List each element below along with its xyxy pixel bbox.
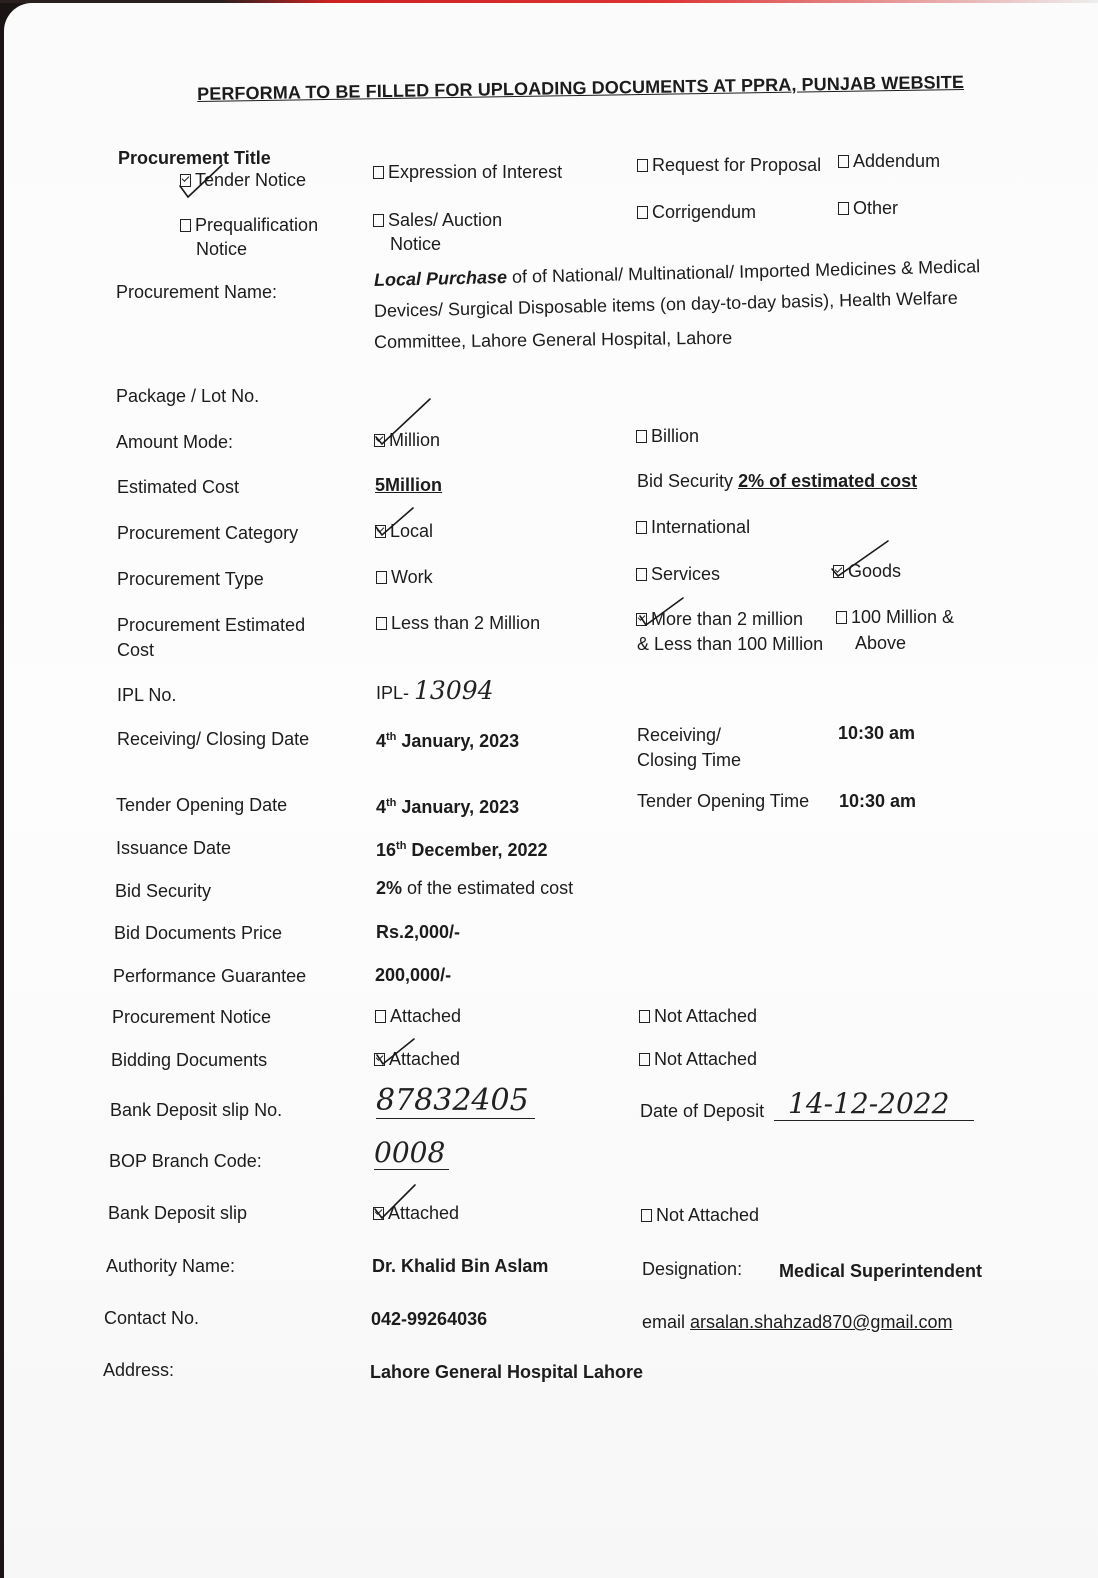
checkbox-checked-icon[interactable] [636, 613, 647, 626]
tender-opening-time-label: Tender Opening Time [637, 790, 809, 812]
option-2-to-100-million-line2: & Less than 100 Million [637, 633, 823, 655]
issuance-date-label: Issuance Date [116, 837, 231, 859]
bid-security-value: 2% of the estimated cost [376, 877, 573, 899]
amount-mode-label: Amount Mode: [116, 431, 233, 453]
receiving-closing-date-label: Receiving/ Closing Date [117, 728, 309, 750]
bop-branch-code-value[interactable]: 0008 [374, 1137, 449, 1170]
checkbox-icon[interactable] [373, 166, 384, 179]
date-of-deposit-label: Date of Deposit [640, 1100, 764, 1122]
procurement-name-emphasis: Local Purchase [374, 267, 507, 290]
procurement-name-line1: Local Purchase of of National/ Multinati… [374, 255, 981, 291]
bid-security-inline-value: 2% of estimated cost [738, 471, 917, 491]
checkbox-icon[interactable] [641, 1209, 652, 1222]
option-request-for-proposal[interactable]: Request for Proposal [637, 154, 821, 176]
option-prequalification-notice-line2: Notice [196, 238, 247, 260]
checkbox-checked-icon[interactable] [373, 1207, 384, 1220]
bid-documents-price-value: Rs.2,000/- [376, 921, 460, 943]
bank-deposit-slip-attached[interactable]: Attached [373, 1202, 459, 1224]
bidding-documents-attached[interactable]: Attached [374, 1048, 460, 1070]
receiving-closing-time-label-line2: Closing Time [637, 749, 741, 771]
ipl-no-value: 13094 [414, 676, 494, 705]
bank-deposit-slip-no-value[interactable]: 87832405 [376, 1084, 535, 1119]
designation-value: Medical Superintendent [779, 1260, 982, 1282]
bid-security-label: Bid Security [115, 880, 211, 902]
checkbox-checked-icon[interactable] [374, 1053, 385, 1066]
handwritten-checkmarks [4, 3, 1098, 1578]
ipl-no-label: IPL No. [117, 684, 176, 706]
receiving-closing-time-label: Receiving/ [637, 724, 721, 746]
procurement-notice-not-attached[interactable]: Not Attached [639, 1005, 757, 1027]
option-expression-of-interest[interactable]: Expression of Interest [373, 161, 562, 183]
option-addendum[interactable]: Addendum [838, 150, 940, 172]
performance-guarantee-value: 200,000/- [375, 964, 451, 986]
contact-no-label: Contact No. [104, 1307, 199, 1329]
designation-label: Designation: [642, 1258, 742, 1280]
option-million[interactable]: Million [374, 429, 440, 451]
bank-deposit-slip-not-attached[interactable]: Not Attached [641, 1204, 759, 1226]
procurement-notice-label: Procurement Notice [112, 1006, 271, 1028]
package-lot-label: Package / Lot No. [116, 385, 259, 407]
checkbox-icon[interactable] [639, 1010, 650, 1023]
option-sales-auction-notice-line2: Notice [390, 233, 441, 255]
checkbox-icon[interactable] [636, 430, 647, 443]
option-services[interactable]: Services [636, 563, 720, 585]
checkbox-icon[interactable] [838, 155, 849, 168]
checkbox-icon[interactable] [637, 206, 648, 219]
option-billion[interactable]: Billion [636, 425, 699, 447]
bidding-documents-label: Bidding Documents [111, 1049, 267, 1071]
checkbox-icon[interactable] [838, 202, 849, 215]
option-goods[interactable]: Goods [833, 560, 901, 582]
contact-no-value: 042-99264036 [371, 1308, 487, 1330]
checkbox-icon[interactable] [375, 1010, 386, 1023]
address-value: Lahore General Hospital Lahore [370, 1361, 643, 1383]
checkbox-checked-icon[interactable] [374, 434, 385, 447]
procurement-title-label: Procurement Title [118, 147, 271, 169]
option-other[interactable]: Other [838, 197, 898, 219]
option-tender-notice[interactable]: Tender Notice [180, 169, 306, 191]
email-link[interactable]: arsalan.shahzad870@gmail.com [690, 1312, 952, 1332]
document-page: PERFORMA TO BE FILLED FOR UPLOADING DOCU… [4, 3, 1098, 1578]
checkbox-icon[interactable] [376, 571, 387, 584]
receiving-closing-date-value: 4th January, 2023 [376, 726, 519, 752]
checkbox-icon[interactable] [636, 568, 647, 581]
option-corrigendum[interactable]: Corrigendum [637, 201, 756, 223]
option-work[interactable]: Work [376, 566, 433, 588]
checkbox-icon[interactable] [639, 1053, 650, 1066]
issuance-date-value: 16th December, 2022 [376, 835, 548, 861]
authority-name-value: Dr. Khalid Bin Aslam [372, 1255, 548, 1277]
tender-opening-date-label: Tender Opening Date [116, 794, 287, 816]
bop-branch-code-label: BOP Branch Code: [109, 1150, 262, 1172]
email-field: email arsalan.shahzad870@gmail.com [642, 1311, 952, 1333]
procurement-name-line3: Committee, Lahore General Hospital, Laho… [374, 327, 732, 353]
option-prequalification-notice[interactable]: Prequalification [180, 214, 318, 236]
option-100-million-above-line2: Above [855, 632, 906, 654]
option-sales-auction-notice[interactable]: Sales/ Auction [373, 209, 502, 231]
page-title: PERFORMA TO BE FILLED FOR UPLOADING DOCU… [197, 72, 964, 105]
checkbox-icon[interactable] [836, 611, 847, 624]
bidding-documents-not-attached[interactable]: Not Attached [639, 1048, 757, 1070]
ipl-no-field[interactable]: IPL- 13094 [376, 680, 494, 704]
checkbox-checked-icon[interactable] [375, 525, 386, 538]
option-local[interactable]: Local [375, 520, 433, 542]
tender-opening-time-value: 10:30 am [839, 790, 916, 812]
procurement-category-label: Procurement Category [117, 522, 298, 544]
procurement-type-label: Procurement Type [117, 568, 264, 590]
procurement-name-line2: Devices/ Surgical Disposable items (on d… [374, 287, 958, 322]
date-of-deposit-value[interactable]: 14-12-2022 [774, 1088, 974, 1121]
tender-opening-date-value: 4th January, 2023 [376, 792, 519, 818]
authority-name-label: Authority Name: [106, 1255, 235, 1277]
procurement-estimated-cost-label-line2: Cost [117, 639, 154, 661]
estimated-cost-label: Estimated Cost [117, 476, 239, 498]
address-label: Address: [103, 1359, 174, 1381]
bid-documents-price-label: Bid Documents Price [114, 922, 282, 944]
checkbox-checked-icon[interactable] [833, 565, 844, 578]
procurement-name-label: Procurement Name: [116, 281, 277, 303]
checkbox-icon[interactable] [180, 219, 191, 232]
procurement-notice-attached[interactable]: Attached [375, 1005, 461, 1027]
checkbox-checked-icon[interactable] [180, 174, 191, 187]
procurement-estimated-cost-label: Procurement Estimated [117, 614, 305, 636]
bank-deposit-slip-no-label: Bank Deposit slip No. [110, 1099, 282, 1121]
checkbox-icon[interactable] [636, 521, 647, 534]
option-international[interactable]: International [636, 516, 750, 538]
checkbox-icon[interactable] [376, 617, 387, 630]
bank-deposit-slip-label: Bank Deposit slip [108, 1202, 247, 1224]
estimated-cost-value: 5Million [375, 474, 442, 496]
bid-security-inline: Bid Security 2% of estimated cost [637, 470, 917, 492]
receiving-closing-time-value: 10:30 am [838, 722, 915, 744]
option-2-to-100-million[interactable]: More than 2 million [636, 608, 803, 630]
performance-guarantee-label: Performance Guarantee [113, 965, 306, 987]
option-100-million-above[interactable]: 100 Million & [836, 606, 954, 628]
checkbox-icon[interactable] [637, 159, 648, 172]
option-less-than-2-million[interactable]: Less than 2 Million [376, 612, 540, 634]
checkbox-icon[interactable] [373, 214, 384, 227]
